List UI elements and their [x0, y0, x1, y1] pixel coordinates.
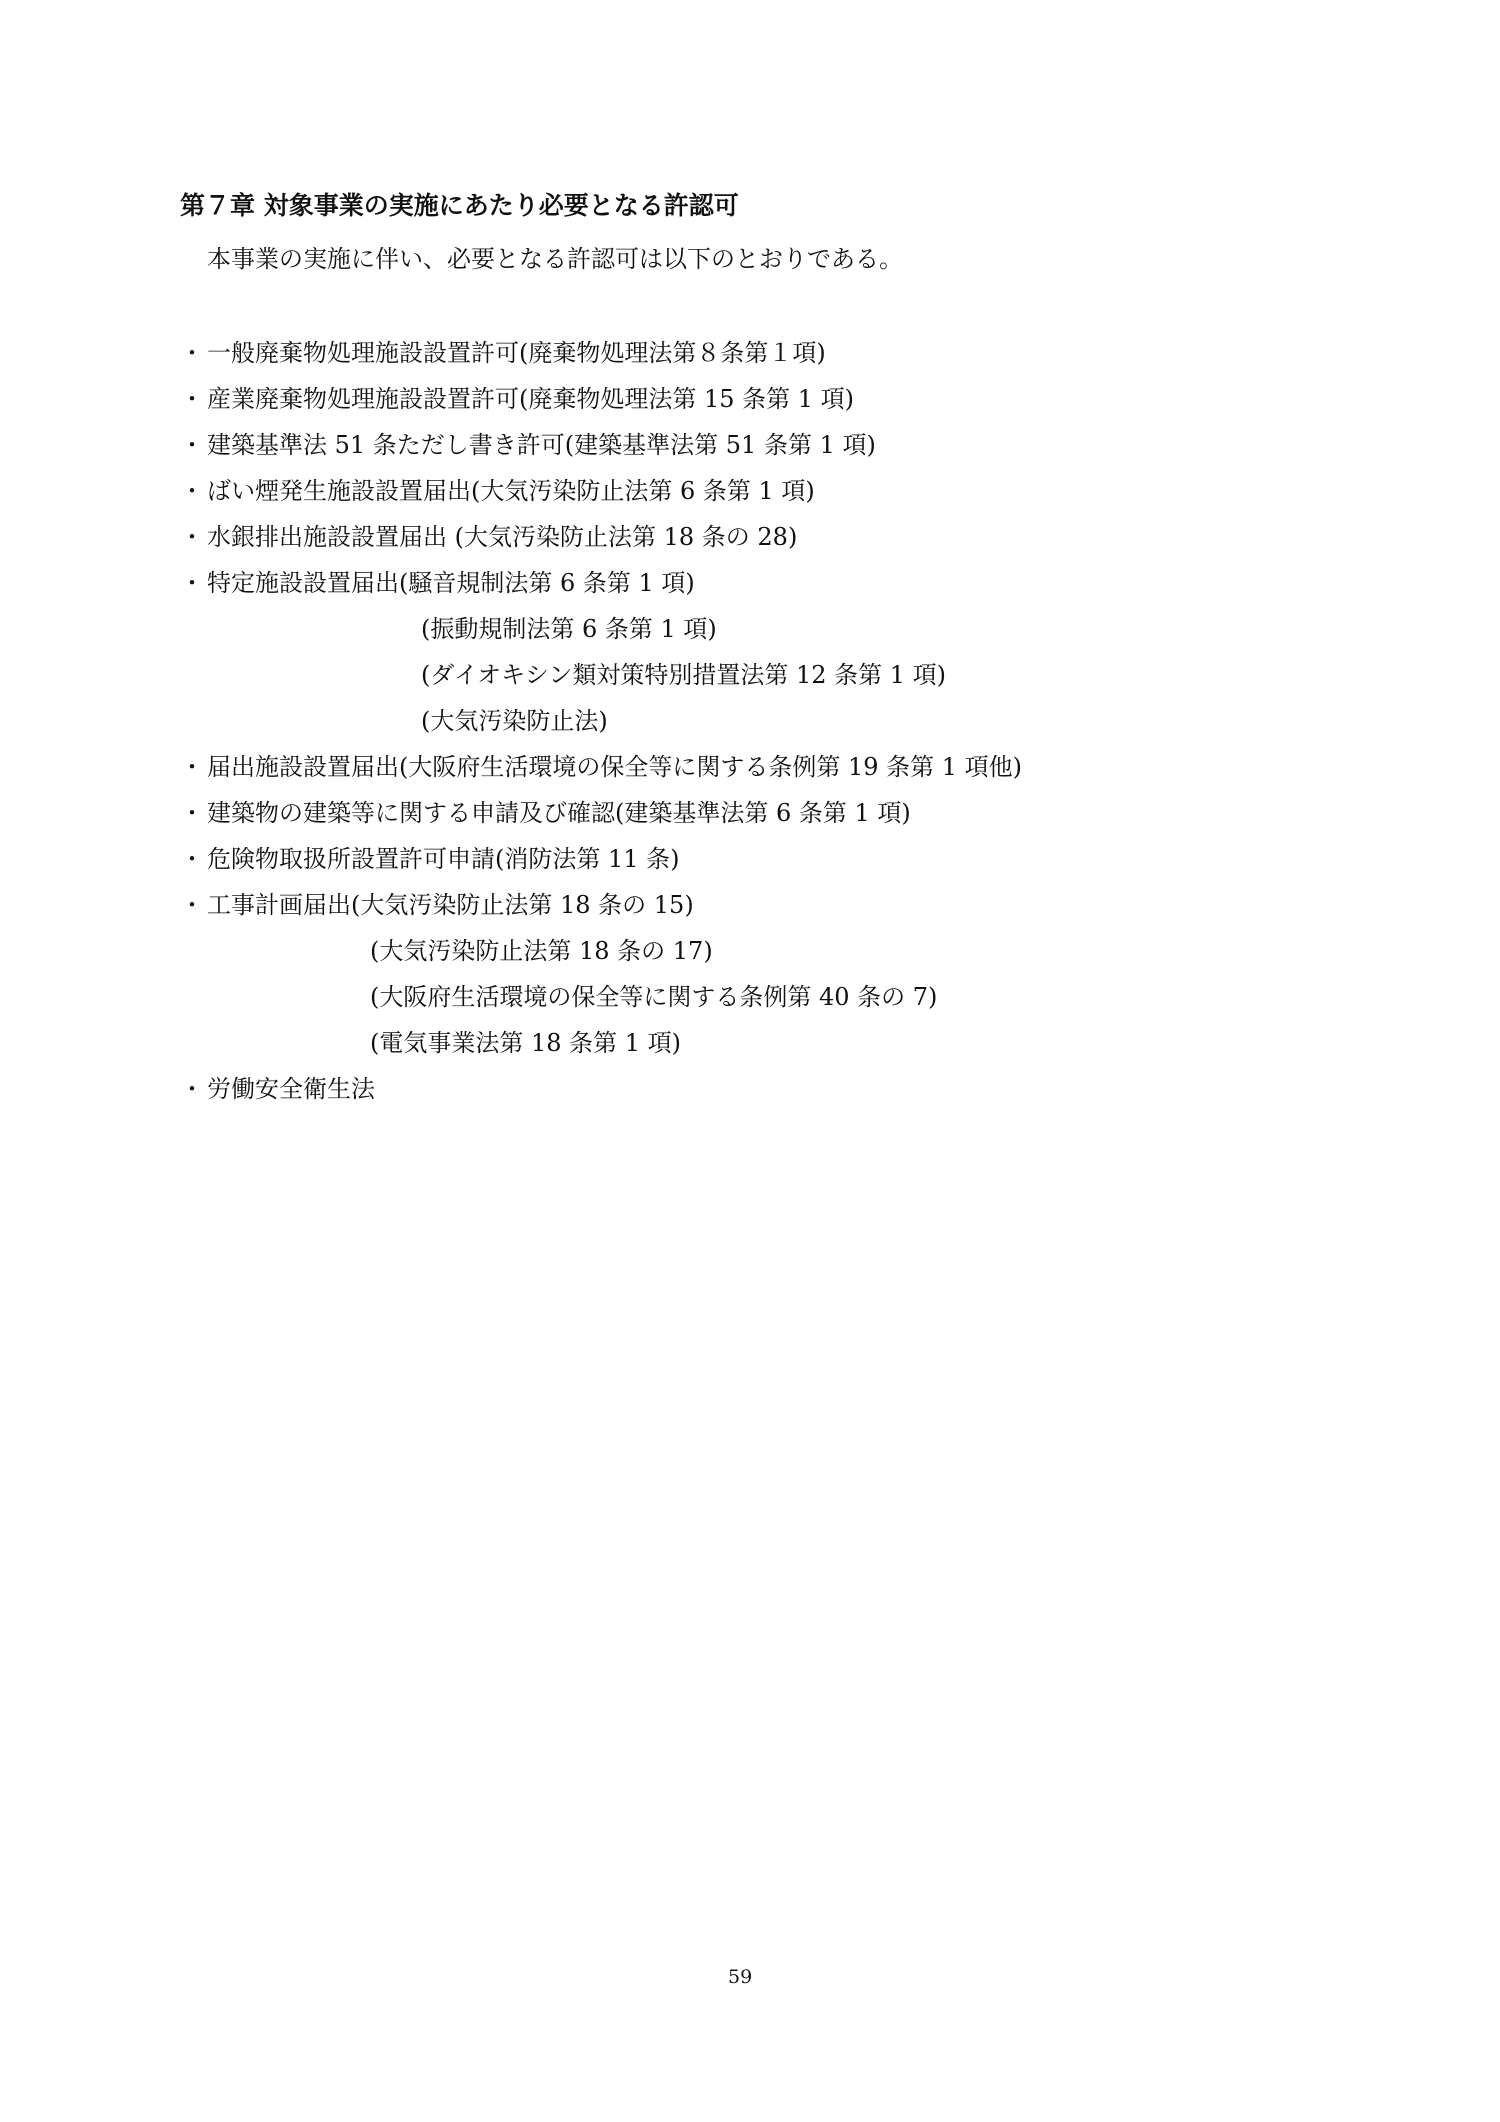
- list-item: ・産業廃棄物処理施設設置許可(廃棄物処理法第 15 条第 1 項): [180, 379, 854, 414]
- list-item-text: 届出施設設置届出(大阪府生活環境の保全等に関する条例第 19 条第 1 項他): [207, 753, 1022, 781]
- list-item: ・工事計画届出(大気汚染防止法第 18 条の 15): [180, 885, 694, 920]
- list-sub-item: (大気汚染防止法): [421, 701, 608, 736]
- bullet: ・: [180, 1069, 207, 1104]
- list-item-text: 一般廃棄物処理施設設置許可(廃棄物処理法第８条第１項): [207, 339, 826, 367]
- list-item-text: 産業廃棄物処理施設設置許可(廃棄物処理法第 15 条第 1 項): [207, 385, 854, 413]
- list-item-text: 危険物取扱所設置許可申請(消防法第 11 条): [207, 845, 680, 873]
- list-item: ・届出施設設置届出(大阪府生活環境の保全等に関する条例第 19 条第 1 項他): [180, 747, 1022, 782]
- list-item: ・危険物取扱所設置許可申請(消防法第 11 条): [180, 839, 680, 874]
- list-item: ・ばい煙発生施設設置届出(大気汚染防止法第 6 条第 1 項): [180, 471, 815, 506]
- bullet: ・: [180, 471, 207, 506]
- list-item: ・水銀排出施設設置届出 (大気汚染防止法第 18 条の 28): [180, 517, 797, 552]
- list-sub-item: (電気事業法第 18 条第 1 項): [370, 1023, 681, 1058]
- bullet: ・: [180, 379, 207, 414]
- list-item-text: 工事計画届出(大気汚染防止法第 18 条の 15): [207, 891, 694, 919]
- list-item: ・労働安全衛生法: [180, 1069, 375, 1104]
- chapter-heading: 第７章 対象事業の実施にあたり必要となる許認可: [180, 186, 739, 222]
- list-item: ・建築物の建築等に関する申請及び確認(建築基準法第 6 条第 1 項): [180, 793, 911, 828]
- list-sub-item: (振動規制法第 6 条第 1 項): [421, 609, 717, 644]
- bullet: ・: [180, 333, 207, 368]
- bullet: ・: [180, 839, 207, 874]
- bullet: ・: [180, 425, 207, 460]
- list-item-text: 特定施設設置届出(騒音規制法第 6 条第 1 項): [207, 569, 695, 597]
- list-sub-item: (ダイオキシン類対策特別措置法第 12 条第 1 項): [421, 655, 946, 690]
- list-item-text: ばい煙発生施設設置届出(大気汚染防止法第 6 条第 1 項): [207, 477, 815, 505]
- page-number: 59: [728, 1966, 752, 1988]
- list-item-text: 建築物の建築等に関する申請及び確認(建築基準法第 6 条第 1 項): [207, 799, 911, 827]
- list-sub-item: (大気汚染防止法第 18 条の 17): [370, 931, 713, 966]
- bullet: ・: [180, 563, 207, 598]
- list-item: ・特定施設設置届出(騒音規制法第 6 条第 1 項): [180, 563, 695, 598]
- intro-paragraph: 本事業の実施に伴い、必要となる許認可は以下のとおりである。: [207, 239, 903, 274]
- list-item-text: 建築基準法 51 条ただし書き許可(建築基準法第 51 条第 1 項): [207, 431, 876, 459]
- bullet: ・: [180, 885, 207, 920]
- bullet: ・: [180, 793, 207, 828]
- bullet: ・: [180, 517, 207, 552]
- bullet: ・: [180, 747, 207, 782]
- list-item-text: 労働安全衛生法: [207, 1075, 375, 1103]
- list-item: ・建築基準法 51 条ただし書き許可(建築基準法第 51 条第 1 項): [180, 425, 876, 460]
- list-sub-item: (大阪府生活環境の保全等に関する条例第 40 条の 7): [370, 977, 937, 1012]
- list-item-text: 水銀排出施設設置届出 (大気汚染防止法第 18 条の 28): [207, 523, 797, 551]
- list-item: ・一般廃棄物処理施設設置許可(廃棄物処理法第８条第１項): [180, 333, 826, 368]
